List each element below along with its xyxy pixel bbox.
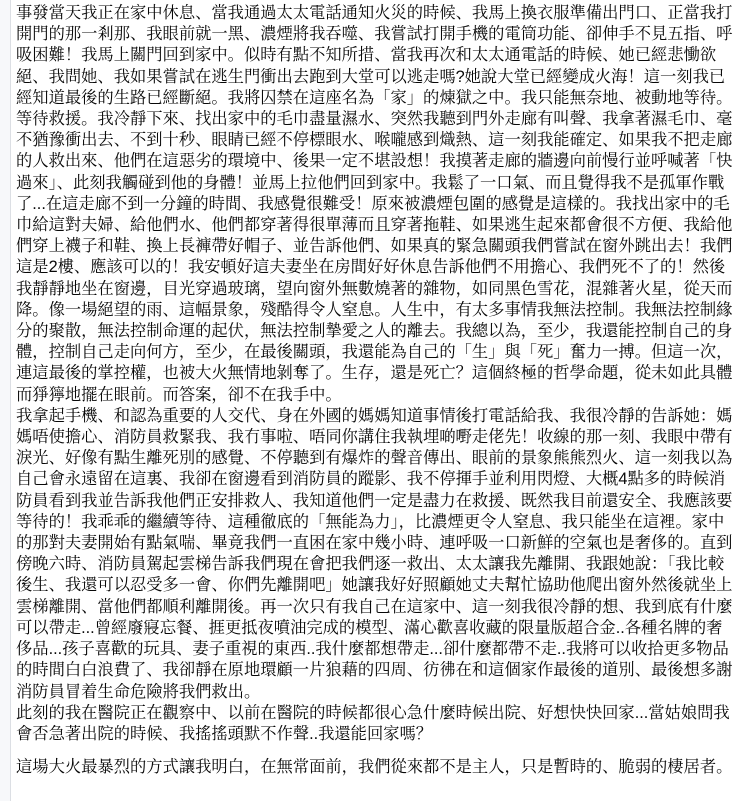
story-paragraph-3: 此刻的我在醫院正在觀察中、以前在醫院的時候都很心急什麼時候出院、好想快快回家..… [16, 703, 737, 745]
story-paragraph-4: 這場大火最暴烈的方式讓我明白，在無常面前，我們從來都不是主人，只是暫時的、脆弱的… [16, 757, 737, 778]
story-paragraph-2: 我拿起手機、和認為重要的人交代、身在外國的媽媽知道事情後打電話給我、我很冷靜的告… [16, 406, 737, 703]
post-content: 事發當天我正在家中休息、當我通過太太電話通知火災的時候、我馬上換衣服準備出門口、… [11, 0, 750, 801]
post-page: 事發當天我正在家中休息、當我通過太太電話通知火災的時候、我馬上換衣服準備出門口、… [0, 0, 750, 801]
card-left-edge [0, 0, 11, 801]
story-text: 事發當天我正在家中休息、當我通過太太電話通知火災的時候、我馬上換衣服準備出門口、… [16, 3, 737, 778]
story-paragraph-1: 事發當天我正在家中休息、當我通過太太電話通知火災的時候、我馬上換衣服準備出門口、… [16, 3, 737, 406]
